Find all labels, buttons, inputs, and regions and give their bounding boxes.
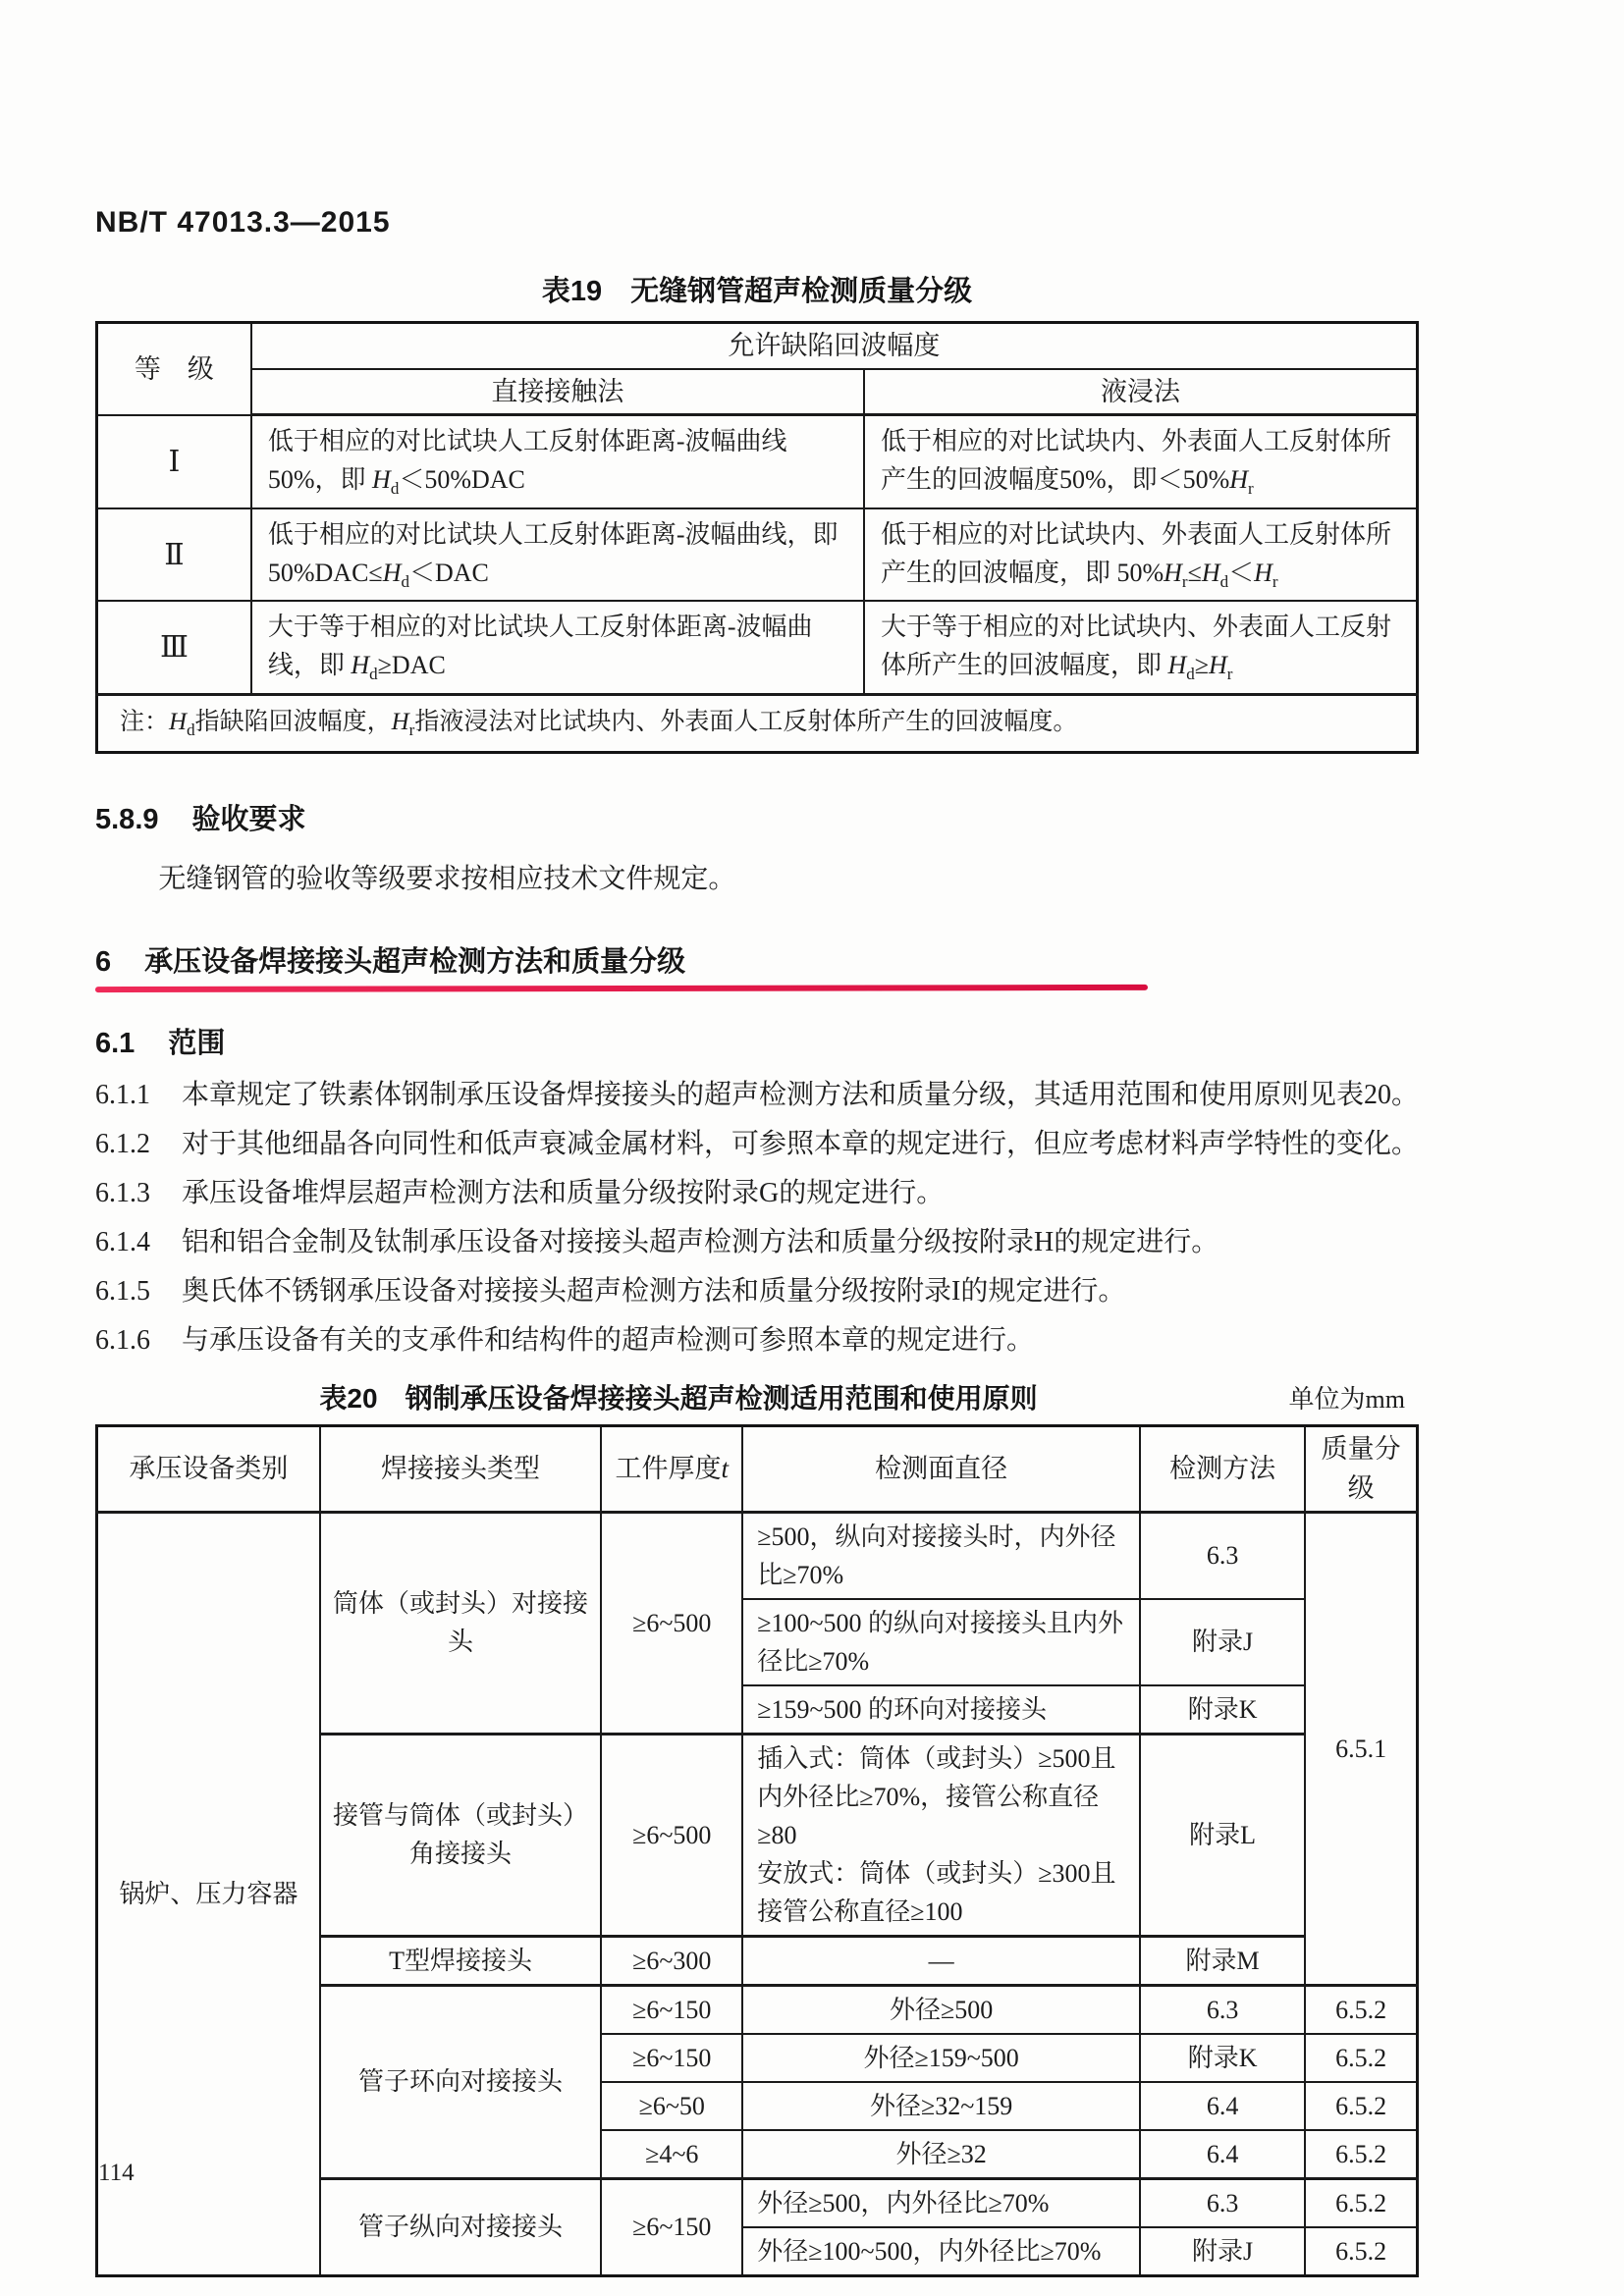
quality-grade-cell: 6.5.2	[1305, 2034, 1417, 2082]
section-number: 6.1	[95, 1028, 135, 1059]
section-title: 范围	[168, 1028, 225, 1059]
clause-paragraph: 6.1.4铝和铝合金制及钛制承压设备对接接头超声检测方法和质量分级按附录H的规定…	[95, 1218, 1419, 1267]
surface-diameter-cell: 外径≥100~500，内外径比≥70%	[742, 2227, 1140, 2276]
table19-header-row2: 直接接触法 液浸法	[97, 369, 1418, 415]
method-cell: 附录M	[1140, 1936, 1305, 1985]
clause-number: 6.1.1	[95, 1080, 150, 1110]
clause-text: 对于其他细晶各向同性和低声衰减金属材料，可参照本章的规定进行，但应考虑材料声学特…	[182, 1129, 1419, 1159]
surface-diameter-cell: 外径≥500，内外径比≥70%	[742, 2178, 1140, 2227]
joint-type-cell: T型焊接接头	[320, 1936, 601, 1985]
joint-type-cell: 管子纵向对接接头	[320, 2178, 601, 2275]
thickness-cell: ≥6~150	[601, 2178, 742, 2275]
immersion-cell: 大于等于相应的对比试块内、外表面人工反射体所产生的回波幅度，即 Hd≥Hr	[864, 601, 1418, 694]
thickness-cell: ≥6~150	[601, 1985, 742, 2034]
joint-type-cell: 接管与筒体（或封头）角接接头	[320, 1734, 601, 1936]
clause-list: 6.1.1本章规定了铁素体钢制承压设备焊接接头的超声检测方法和质量分级，其适用范…	[95, 1071, 1419, 1365]
quality-grade-cell: 6.5.2	[1305, 2130, 1417, 2179]
grade-header-cell: 等 级	[97, 323, 251, 415]
method-cell: 6.3	[1140, 2178, 1305, 2227]
equipment-category-header-cell: 承压设备类别	[97, 1425, 320, 1512]
clause-paragraph: 6.1.6与承压设备有关的支承件和结构件的超声检测可参照本章的规定进行。	[95, 1316, 1419, 1365]
method-cell: 附录K	[1140, 2034, 1305, 2082]
thickness-cell: ≥6~500	[601, 1734, 742, 1936]
table19: 等 级 允许缺陷回波幅度 直接接触法 液浸法 Ⅰ 低于相应的对比试块人工反射体距…	[95, 321, 1419, 754]
thickness-cell: ≥6~50	[601, 2082, 742, 2130]
surface-diameter-cell: 外径≥159~500	[742, 2034, 1140, 2082]
surface-diameter-cell: ≥159~500 的环向对接接头	[742, 1685, 1140, 1735]
table20-caption: 表20 钢制承压设备焊接接头超声检测适用范围和使用原则	[95, 1377, 1262, 1416]
section-6-underline	[95, 984, 1148, 991]
joint-type-cell: 筒体（或封头）对接接头	[320, 1512, 601, 1734]
table19-header-row1: 等 级 允许缺陷回波幅度	[97, 323, 1418, 369]
method-cell: 6.3	[1140, 1985, 1305, 2034]
clause-number: 6.1.6	[95, 1325, 150, 1356]
clause-number: 6.1.2	[95, 1129, 150, 1159]
surface-diameter-cell: 外径≥32~159	[742, 2082, 1140, 2130]
section-heading-589: 5.8.9验收要求	[95, 797, 1419, 837]
quality-grade-header-cell: 质量分级	[1305, 1425, 1417, 1512]
grade-cell: Ⅲ	[97, 601, 251, 694]
method-cell: 附录J	[1140, 1599, 1305, 1685]
clause-paragraph: 6.1.1本章规定了铁素体钢制承压设备焊接接头的超声检测方法和质量分级，其适用范…	[95, 1071, 1419, 1120]
clause-number: 6.1.4	[95, 1227, 150, 1257]
table20-caption-row: 表20 钢制承压设备焊接接头超声检测适用范围和使用原则 单位为mm	[95, 1377, 1419, 1413]
immersion-cell: 低于相应的对比试块内、外表面人工反射体所产生的回波幅度50%，即＜50%Hr	[864, 415, 1418, 508]
table19-row-grade2: Ⅱ 低于相应的对比试块人工反射体距离-波幅曲线，即 50%DAC≤Hd＜DAC …	[97, 508, 1418, 602]
table19-note-row: 注：Hd指缺陷回波幅度，Hr指液浸法对比试块内、外表面人工反射体所产生的回波幅度…	[97, 695, 1418, 753]
section-number: 5.8.9	[95, 804, 159, 835]
document-page: { "page": { "standard_number": "NB/T 470…	[0, 0, 1624, 2296]
surface-diameter-cell: ≥100~500 的纵向对接接头且内外径比≥70%	[742, 1599, 1140, 1685]
table19-row-grade1: Ⅰ 低于相应的对比试块人工反射体距离-波幅曲线50%，即 Hd＜50%DAC 低…	[97, 415, 1418, 508]
contact-method-header-cell: 直接接触法	[251, 369, 864, 415]
method-cell: 附录K	[1140, 1685, 1305, 1735]
clause-text: 承压设备堆焊层超声检测方法和质量分级按附录G的规定进行。	[182, 1178, 944, 1208]
insert-type-line: 插入式：筒体（或封头）≥500且内外径比≥70%，接管公称直径≥80	[757, 1739, 1131, 1854]
contact-cell: 低于相应的对比试块人工反射体距离-波幅曲线50%，即 Hd＜50%DAC	[251, 415, 864, 508]
amplitude-header-cell: 允许缺陷回波幅度	[251, 323, 1418, 369]
clause-paragraph: 6.1.3承压设备堆焊层超声检测方法和质量分级按附录G的规定进行。	[95, 1169, 1419, 1218]
surface-diameter-cell: 外径≥32	[742, 2130, 1140, 2179]
immersion-cell: 低于相应的对比试块内、外表面人工反射体所产生的回波幅度，即 50%Hr≤Hd＜H…	[864, 508, 1418, 602]
table19-row-grade3: Ⅲ 大于等于相应的对比试块人工反射体距离-波幅曲线，即 Hd≥DAC 大于等于相…	[97, 601, 1418, 694]
clause-text: 本章规定了铁素体钢制承压设备焊接接头的超声检测方法和质量分级，其适用范围和使用原…	[182, 1080, 1419, 1110]
method-cell: 附录L	[1140, 1734, 1305, 1936]
table19-note: 注：Hd指缺陷回波幅度，Hr指液浸法对比试块内、外表面人工反射体所产生的回波幅度…	[97, 695, 1418, 753]
quality-grade-cell: 6.5.1	[1305, 1512, 1417, 1985]
quality-grade-cell: 6.5.2	[1305, 2178, 1417, 2227]
clause-text: 奥氏体不锈钢承压设备对接接头超声检测方法和质量分级按附录I的规定进行。	[182, 1276, 1125, 1307]
table20: 承压设备类别 焊接接头类型 工件厚度t 检测面直径 检测方法 质量分级 锅炉、压…	[95, 1424, 1419, 2277]
table20-header-row: 承压设备类别 焊接接头类型 工件厚度t 检测面直径 检测方法 质量分级	[97, 1425, 1418, 1512]
quality-grade-cell: 6.5.2	[1305, 2227, 1417, 2276]
method-cell: 附录J	[1140, 2227, 1305, 2276]
contact-cell: 大于等于相应的对比试块人工反射体距离-波幅曲线，即 Hd≥DAC	[251, 601, 864, 694]
section-body-589: 无缝钢管的验收等级要求按相应技术文件规定。	[95, 857, 1419, 896]
thickness-cell: ≥6~150	[601, 2034, 742, 2082]
clause-paragraph: 6.1.2对于其他细晶各向同性和低声衰减金属材料，可参照本章的规定进行，但应考虑…	[95, 1120, 1419, 1169]
thickness-cell: ≥4~6	[601, 2130, 742, 2179]
surface-diameter-cell: 外径≥500	[742, 1985, 1140, 2034]
grade-cell: Ⅰ	[97, 415, 251, 508]
page-content: NB/T 47013.3—2015 表19 无缝钢管超声检测质量分级 等 级 允…	[95, 206, 1419, 2277]
page-number: 114	[98, 2160, 135, 2187]
section-heading-61: 6.1范围	[95, 1021, 1419, 1061]
surface-diameter-cell: ≥500，纵向对接接头时，内外径比≥70%	[742, 1512, 1140, 1599]
set-on-type-line: 安放式：筒体（或封头）≥300且接管公称直径≥100	[757, 1854, 1131, 1931]
quality-grade-cell: 6.5.2	[1305, 1985, 1417, 2034]
clause-number: 6.1.5	[95, 1276, 150, 1307]
section-title: 验收要求	[192, 804, 306, 835]
quality-grade-cell: 6.5.2	[1305, 2082, 1417, 2130]
joint-type-cell: 管子环向对接接头	[320, 1985, 601, 2178]
method-header-cell: 检测方法	[1140, 1425, 1305, 1512]
table-row: 锅炉、压力容器 筒体（或封头）对接接头 ≥6~500 ≥500，纵向对接接头时，…	[97, 1512, 1418, 1599]
standard-number-header: NB/T 47013.3—2015	[95, 206, 1419, 240]
table19-caption: 表19 无缝钢管超声检测质量分级	[95, 269, 1419, 309]
thickness-header-cell: 工件厚度t	[601, 1425, 742, 1512]
section-title: 承压设备焊接接头超声检测方法和质量分级	[144, 946, 685, 978]
section-6-block: 6承压设备焊接接头超声检测方法和质量分级	[95, 896, 1419, 991]
surface-diameter-header-cell: 检测面直径	[742, 1425, 1140, 1512]
section-heading-6: 6承压设备焊接接头超声检测方法和质量分级	[95, 939, 685, 980]
clause-paragraph: 6.1.5奥氏体不锈钢承压设备对接接头超声检测方法和质量分级按附录I的规定进行。	[95, 1267, 1419, 1316]
table20-unit-label: 单位为mm	[1289, 1379, 1405, 1415]
thickness-cell: ≥6~500	[601, 1512, 742, 1734]
joint-type-header-cell: 焊接接头类型	[320, 1425, 601, 1512]
surface-diameter-cell: 插入式：筒体（或封头）≥500且内外径比≥70%，接管公称直径≥80 安放式：筒…	[742, 1734, 1140, 1936]
thickness-cell: ≥6~300	[601, 1936, 742, 1985]
clause-text: 铝和铝合金制及钛制承压设备对接接头超声检测方法和质量分级按附录H的规定进行。	[182, 1227, 1218, 1257]
clause-text: 与承压设备有关的支承件和结构件的超声检测可参照本章的规定进行。	[182, 1325, 1034, 1356]
grade-cell: Ⅱ	[97, 508, 251, 602]
method-cell: 6.4	[1140, 2130, 1305, 2179]
immersion-method-header-cell: 液浸法	[864, 369, 1418, 415]
method-cell: 6.3	[1140, 1512, 1305, 1599]
method-cell: 6.4	[1140, 2082, 1305, 2130]
clause-number: 6.1.3	[95, 1178, 150, 1208]
section-number: 6	[95, 946, 111, 978]
contact-cell: 低于相应的对比试块人工反射体距离-波幅曲线，即 50%DAC≤Hd＜DAC	[251, 508, 864, 602]
surface-diameter-cell: —	[742, 1936, 1140, 1985]
